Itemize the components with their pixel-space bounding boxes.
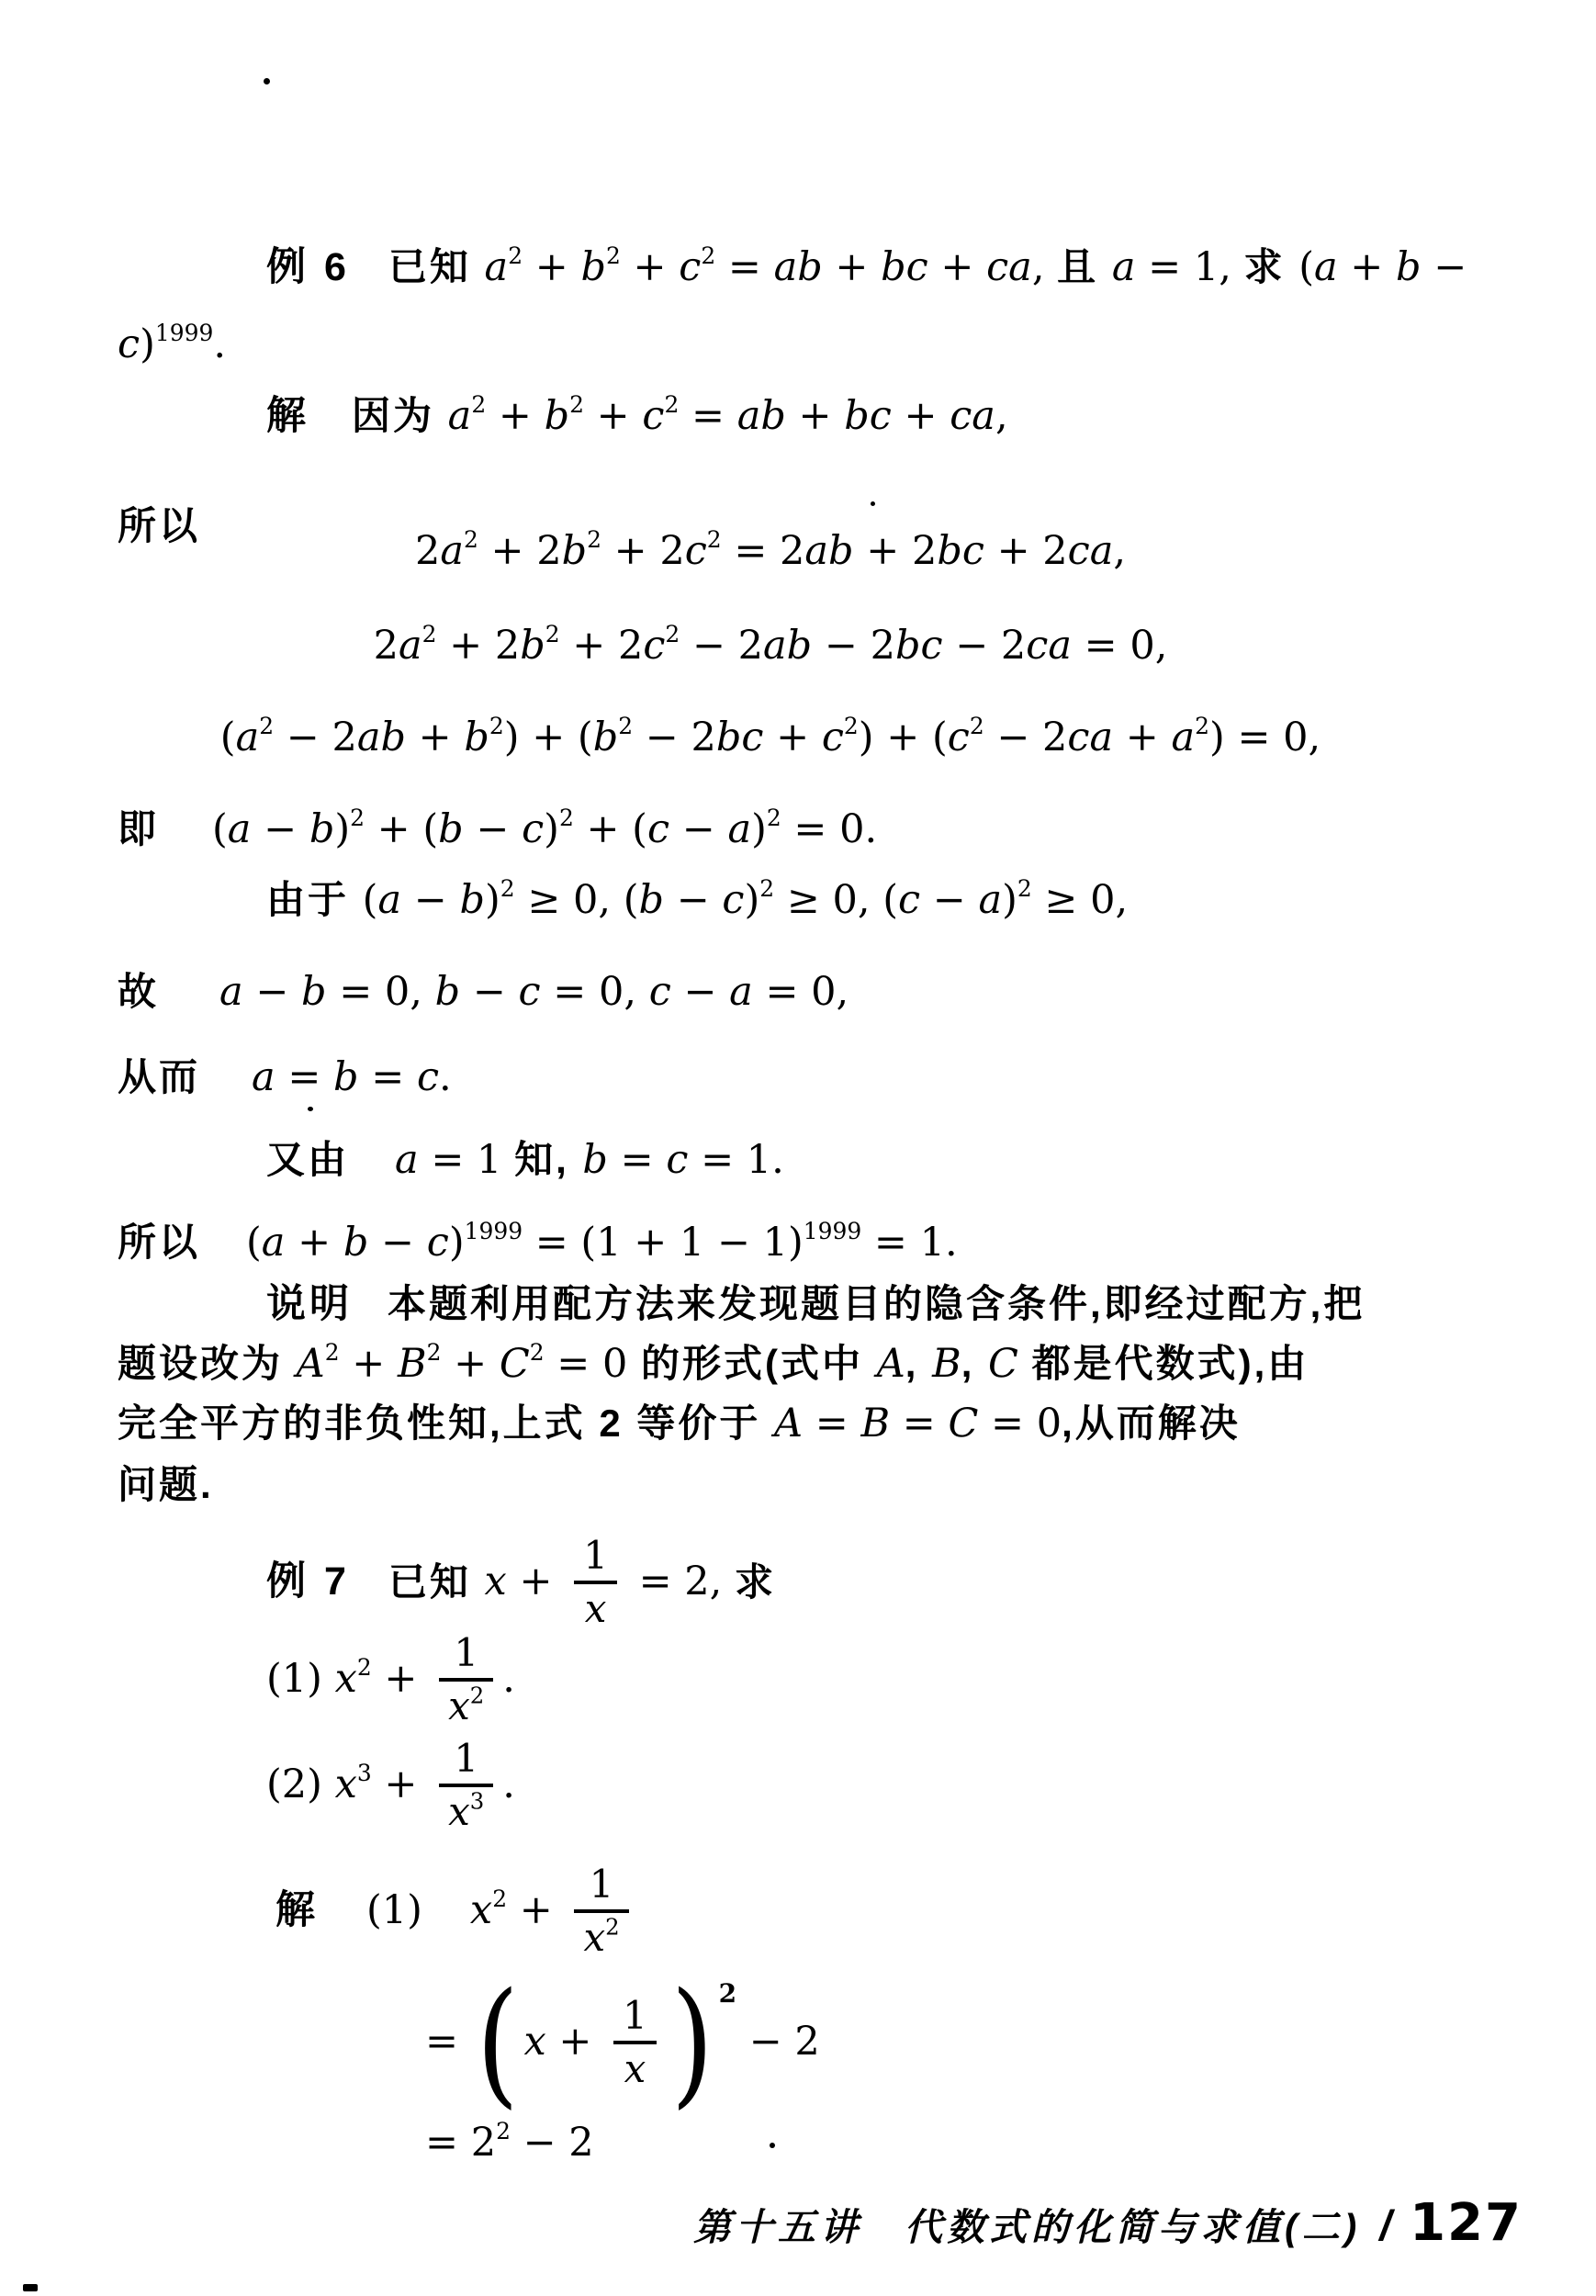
- fraction-numerator: 1: [613, 1996, 657, 2036]
- spacer: [422, 1911, 470, 1912]
- math-expression: c)1999.: [118, 321, 226, 369]
- cjk-text: 已知: [388, 1559, 485, 1605]
- footer-separator: /: [1379, 2200, 1391, 2250]
- math-expression: A: [877, 1341, 905, 1389]
- math-expression: a − b = 0, b − c = 0, c − a = 0,: [219, 969, 849, 1017]
- cjk-text: 所以: [118, 1220, 200, 1266]
- cjk-text: 完全平方的非负性知,上式 2 等价于: [118, 1401, 774, 1446]
- cjk-text: ,从而解决: [1062, 1401, 1241, 1446]
- math-expression: (a + b − c)1999 = (1 + 1 − 1)1999 = 1.: [246, 1220, 958, 1267]
- ex7-question-1: (1) x2 + 1x2.: [266, 1633, 515, 1727]
- fraction: 1x: [613, 1996, 657, 2089]
- math-expression: 2a2 + 2b2 + 2c2 − 2ab − 2bc − 2ca = 0,: [374, 623, 1168, 670]
- math-expression: b = c = 1.: [582, 1137, 783, 1185]
- math-expression: A2 + B2 + C2 = 0: [297, 1341, 628, 1389]
- scan-speck: [264, 78, 270, 84]
- cjk-text: 又由: [266, 1137, 349, 1183]
- remark-4: 问题.: [118, 1462, 214, 1508]
- fraction-denominator: x: [576, 1589, 616, 1629]
- math-expression: a2 + b2 + c2 = ab + bc + ca,: [448, 393, 1008, 441]
- fraction-denominator: x2: [574, 1918, 628, 1958]
- fraction-denominator: x: [615, 2049, 656, 2089]
- math-expression: a = 1,: [1112, 244, 1244, 292]
- math-expression: 2a2 + 2b2 + 2c2 = 2ab + 2bc + 2ca,: [415, 528, 1126, 576]
- book-page: 例 6已知 a2 + b2 + c2 = ab + bc + ca, 且 a =…: [0, 0, 1596, 2296]
- scan-speck: [871, 501, 875, 506]
- math-expression: x +: [485, 1559, 566, 1606]
- fraction-numerator: 1: [444, 1633, 488, 1673]
- spacer: [353, 1316, 388, 1317]
- math-expression: x2 +: [470, 1887, 566, 1935]
- conclusion-line: 所以(a + b − c)1999 = (1 + 1 − 1)1999 = 1.: [118, 1220, 958, 1267]
- ex6-statement-2: c)1999.: [118, 321, 226, 369]
- math-expression: .: [502, 1656, 515, 1704]
- bold-label: 例 7: [266, 1559, 350, 1606]
- cjk-text: ,: [961, 1341, 988, 1387]
- footer-chapter: 第十五讲: [693, 2205, 862, 2250]
- eq-moved: 2a2 + 2b2 + 2c2 − 2ab − 2bc − 2ca = 0,: [0, 623, 1568, 670]
- fraction-numerator: 1: [574, 1536, 617, 1576]
- cjk-text: 由于: [266, 877, 363, 923]
- math-expression: = 22 − 2: [425, 2120, 594, 2167]
- bold-label: 说明: [266, 1281, 353, 1329]
- cjk-text: 从而: [118, 1054, 200, 1100]
- cjk-text: 都是代数式),由: [1018, 1341, 1309, 1387]
- solve-step-3: = 22 − 2: [425, 2120, 594, 2167]
- math-expression: (a − b)2 + (b − c)2 + (c − a)2 = 0.: [212, 806, 877, 854]
- since-line: 由于 (a − b)2 ≥ 0, (b − c)2 ≥ 0, (c − a)2 …: [266, 877, 1128, 925]
- math-expression: (a + b −: [1298, 244, 1467, 292]
- cjk-text: 本题利用配方法来发现题目的隐含条件,即经过配方,把: [388, 1281, 1365, 1327]
- cjk-text: 即: [118, 806, 159, 852]
- cjk-text: 的形式(式中: [627, 1341, 876, 1387]
- cjk-text: 求: [1244, 244, 1299, 290]
- math-expression: (1) x2 +: [266, 1656, 430, 1704]
- spacer: [159, 1004, 219, 1005]
- scan-speck: [23, 2284, 38, 2291]
- solve-step-2: = (x + 1x)2 − 2: [425, 1975, 820, 2110]
- fraction-bar: [574, 1909, 628, 1913]
- fraction: 1x2: [439, 1633, 493, 1727]
- cjk-text: 因为: [352, 393, 448, 439]
- cjk-text: ,: [905, 1341, 932, 1387]
- eq-doubled: 2a2 + 2b2 + 2c2 = 2ab + 2bc + 2ca,: [0, 528, 1568, 576]
- remark-3: 完全平方的非负性知,上式 2 等价于 A = B = C = 0,从而解决: [118, 1401, 1241, 1448]
- math-expression: a2 + b2 + c2 = ab + bc + ca,: [485, 244, 1058, 292]
- remark-2: 题设改为 A2 + B2 + C2 = 0 的形式(式中 A, B, C 都是代…: [118, 1341, 1309, 1389]
- footer-section-title: 代数式的化简与求值(二): [905, 2205, 1361, 2250]
- spacer: [350, 279, 388, 280]
- cjk-text: 知,: [514, 1137, 582, 1183]
- ex6-statement-1: 例 6已知 a2 + b2 + c2 = ab + bc + ca, 且 a =…: [266, 244, 1467, 292]
- solve-step-1: 解(1)x2 + 1x2: [275, 1864, 638, 1958]
- spacer: [350, 1582, 388, 1583]
- spacer: [319, 1911, 366, 1912]
- math-expression: − 2: [736, 2019, 820, 2066]
- spacer: [200, 1255, 246, 1255]
- ex7-question-2: (2) x3 + 1x3.: [266, 1739, 515, 1832]
- math-expression: (2) x3 +: [266, 1761, 430, 1809]
- cjk-text: 问题.: [118, 1462, 214, 1508]
- fraction-bar: [574, 1581, 617, 1584]
- math-expression: =: [425, 2019, 471, 2066]
- cjk-text: 求: [735, 1559, 776, 1605]
- cjk-text: 故: [118, 969, 159, 1015]
- math-expression: B: [932, 1341, 961, 1389]
- spacer: [309, 428, 352, 429]
- thus-line: 从而a = b = c.: [118, 1054, 452, 1102]
- exponent-superscript: 2: [719, 1978, 736, 2009]
- math-expression: a = 1: [395, 1137, 514, 1185]
- bold-label: 例 6: [266, 244, 350, 292]
- math-expression: A = B = C = 0: [774, 1401, 1062, 1448]
- fraction: 1x3: [439, 1739, 493, 1832]
- cjk-text: 题设改为: [118, 1341, 297, 1387]
- fraction-numerator: 1: [580, 1864, 624, 1905]
- math-expression: = 2,: [626, 1559, 735, 1606]
- big-paren: (: [476, 1975, 518, 2110]
- ex7-statement: 例 7已知 x + 1x = 2, 求: [266, 1536, 776, 1629]
- math-expression: a = b = c.: [252, 1054, 452, 1102]
- cjk-text: 且: [1057, 244, 1112, 290]
- fraction-bar: [439, 1784, 493, 1787]
- bold-label: 解: [266, 393, 309, 441]
- scan-speck: [770, 2143, 775, 2148]
- page-footer: 第十五讲 代数式的化简与求值(二) / 127: [693, 2193, 1523, 2253]
- solution-because: 解因为 a2 + b2 + c2 = ab + bc + ca,: [266, 393, 1008, 441]
- math-expression: (a2 − 2ab + b2) + (b2 − 2bc + c2) + (c2 …: [220, 715, 1321, 762]
- fraction: 1x: [574, 1536, 617, 1629]
- eq-grouped: (a2 − 2ab + b2) + (b2 − 2bc + c2) + (c2 …: [0, 715, 1568, 762]
- fraction-denominator: x3: [439, 1792, 493, 1832]
- spacer: [200, 1089, 252, 1090]
- spacer: [159, 841, 212, 842]
- remark-1: 说明本题利用配方法来发现题目的隐含条件,即经过配方,把: [266, 1281, 1365, 1329]
- math-expression: C: [988, 1341, 1018, 1389]
- cjk-text: 已知: [388, 244, 485, 290]
- big-paren: ): [671, 1975, 714, 2110]
- fraction-bar: [439, 1678, 493, 1682]
- math-expression: (1): [366, 1887, 422, 1935]
- footer-page-number: 127: [1410, 2193, 1523, 2253]
- eq-squares: 即(a − b)2 + (b − c)2 + (c − a)2 = 0.: [118, 806, 877, 854]
- scan-speck: [308, 1107, 313, 1111]
- fraction-numerator: 1: [444, 1739, 488, 1779]
- math-expression: .: [502, 1761, 515, 1809]
- hence-line: 故a − b = 0, b − c = 0, c − a = 0,: [118, 969, 849, 1017]
- fraction-bar: [613, 2041, 657, 2044]
- fraction-denominator: x2: [439, 1686, 493, 1727]
- math-expression: (a − b)2 ≥ 0, (b − c)2 ≥ 0, (c − a)2 ≥ 0…: [363, 877, 1129, 925]
- spacer: [349, 1172, 395, 1173]
- fraction: 1x2: [574, 1864, 628, 1958]
- bold-label: 解: [275, 1887, 319, 1935]
- math-expression: x +: [523, 2019, 604, 2066]
- also-line: 又由a = 1 知, b = c = 1.: [266, 1137, 784, 1185]
